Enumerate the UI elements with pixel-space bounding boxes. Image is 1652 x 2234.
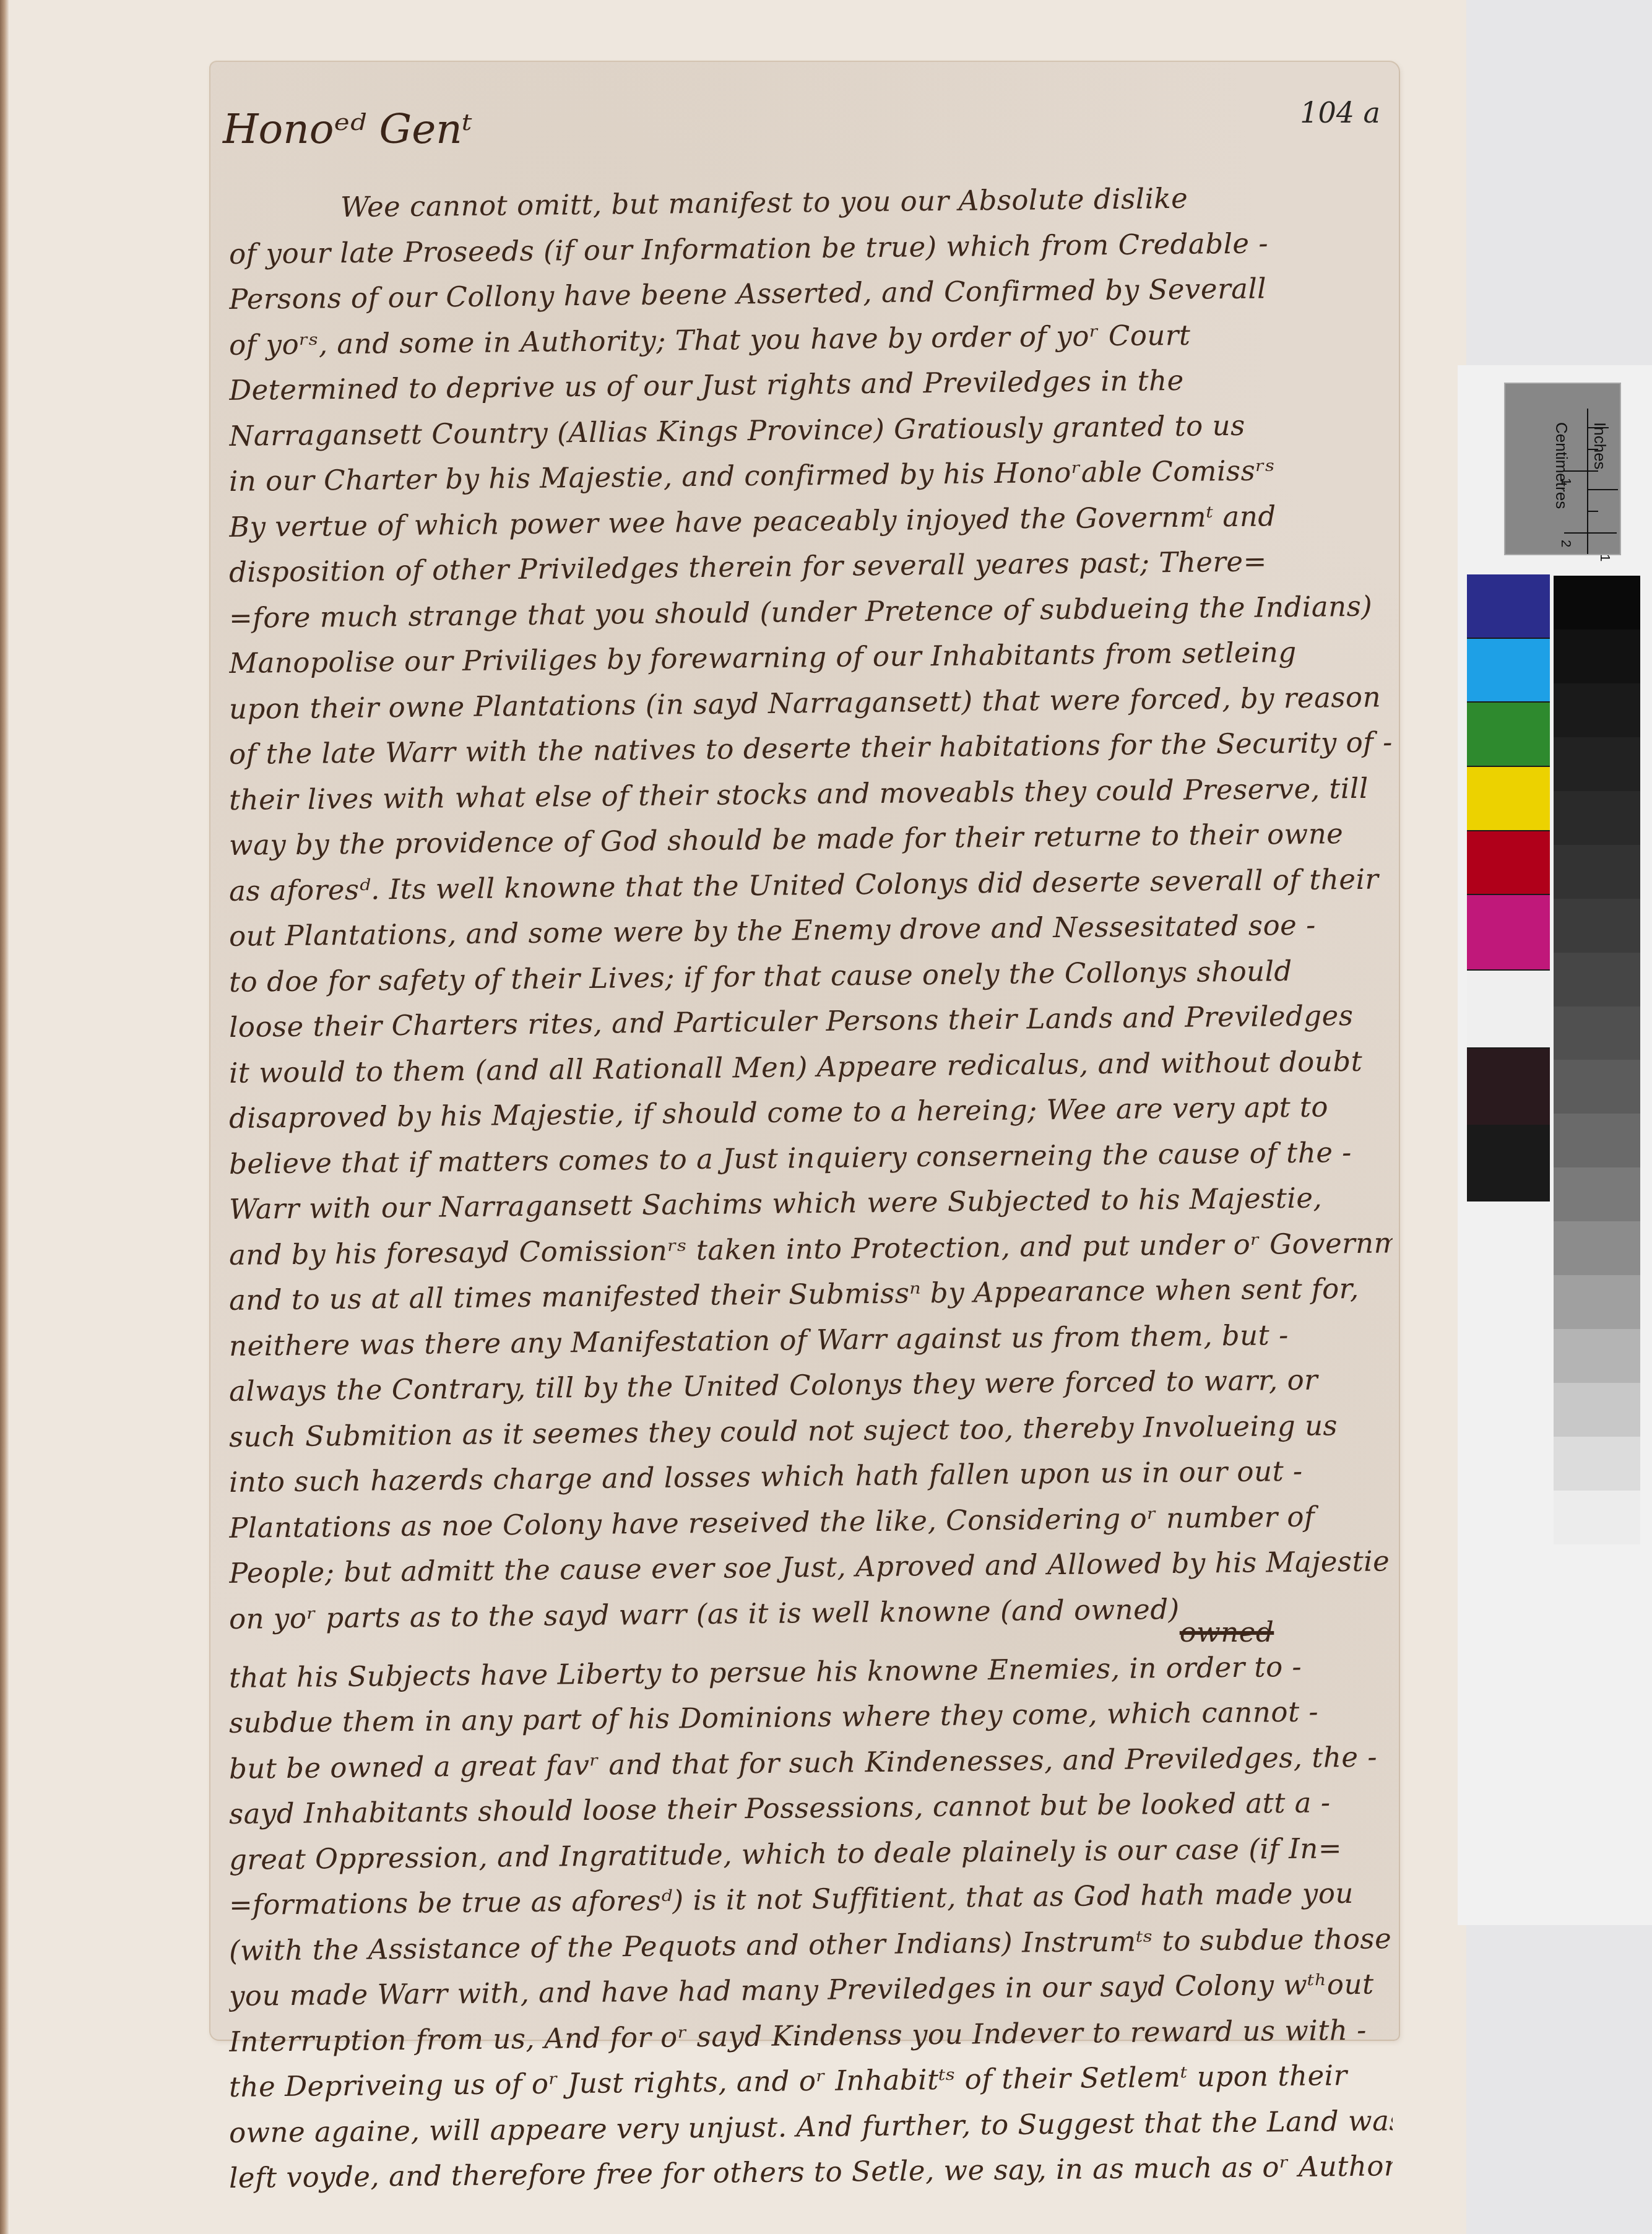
book-binding-edge: [0, 0, 9, 2234]
gray-step: [1554, 683, 1640, 737]
gray-step: [1554, 845, 1640, 899]
color-swatch-column: [1467, 574, 1550, 1201]
salutation: Honoᵉᵈ Genᵗ: [223, 105, 472, 153]
ruler-cm-2: 2: [1558, 540, 1574, 547]
manuscript-line: on yoʳ parts as to the sayd warr (as it …: [229, 1586, 1180, 1642]
color-swatch-yellow: [1467, 767, 1550, 831]
color-swatch-white: [1467, 971, 1550, 1048]
gray-step: [1554, 1275, 1640, 1329]
gray-step: [1554, 1491, 1640, 1544]
gray-step: [1554, 737, 1640, 791]
color-swatch-cyan: [1467, 639, 1550, 703]
ruler-tick: [1587, 511, 1598, 512]
color-swatch-blue: [1467, 574, 1550, 639]
gray-step: [1554, 953, 1640, 1007]
ruler-label-centimetres: Centimetres: [1552, 422, 1571, 509]
gray-step: [1554, 1221, 1640, 1275]
color-swatch-dark-brown: [1467, 1049, 1550, 1126]
ruler-cm-1: 1: [1558, 478, 1574, 485]
color-swatch-black: [1467, 1126, 1550, 1201]
gray-step: [1554, 1437, 1640, 1491]
color-swatch-green: [1467, 703, 1550, 767]
gray-step: [1554, 1329, 1640, 1383]
color-swatch-magenta: [1467, 895, 1550, 971]
gray-step: [1554, 1383, 1640, 1437]
ruler-tick: [1564, 532, 1617, 534]
gray-step: [1554, 576, 1640, 630]
letter-body: Wee cannot omitt, but manifest to you ou…: [229, 186, 1393, 2201]
folio-number: 104 a: [1300, 96, 1380, 129]
manuscript-page: 104 a Honoᵉᵈ Genᵗ Wee cannot omitt, but …: [210, 62, 1399, 2040]
ruler-inch-1: 1: [1597, 554, 1613, 561]
gray-step: [1554, 1114, 1640, 1167]
scale-ruler: Inches Centimetres 1 2 1: [1504, 383, 1621, 555]
gray-scale-column: [1554, 576, 1640, 1544]
gray-step: [1554, 1060, 1640, 1114]
ruler-tick: [1587, 489, 1618, 490]
color-swatch-red: [1467, 831, 1550, 896]
gray-step: [1554, 1167, 1640, 1221]
gray-step: [1554, 791, 1640, 845]
gray-step: [1554, 1007, 1640, 1060]
gray-step: [1554, 899, 1640, 953]
gray-step: [1554, 630, 1640, 683]
ruler-label-inches: Inches: [1590, 422, 1609, 470]
